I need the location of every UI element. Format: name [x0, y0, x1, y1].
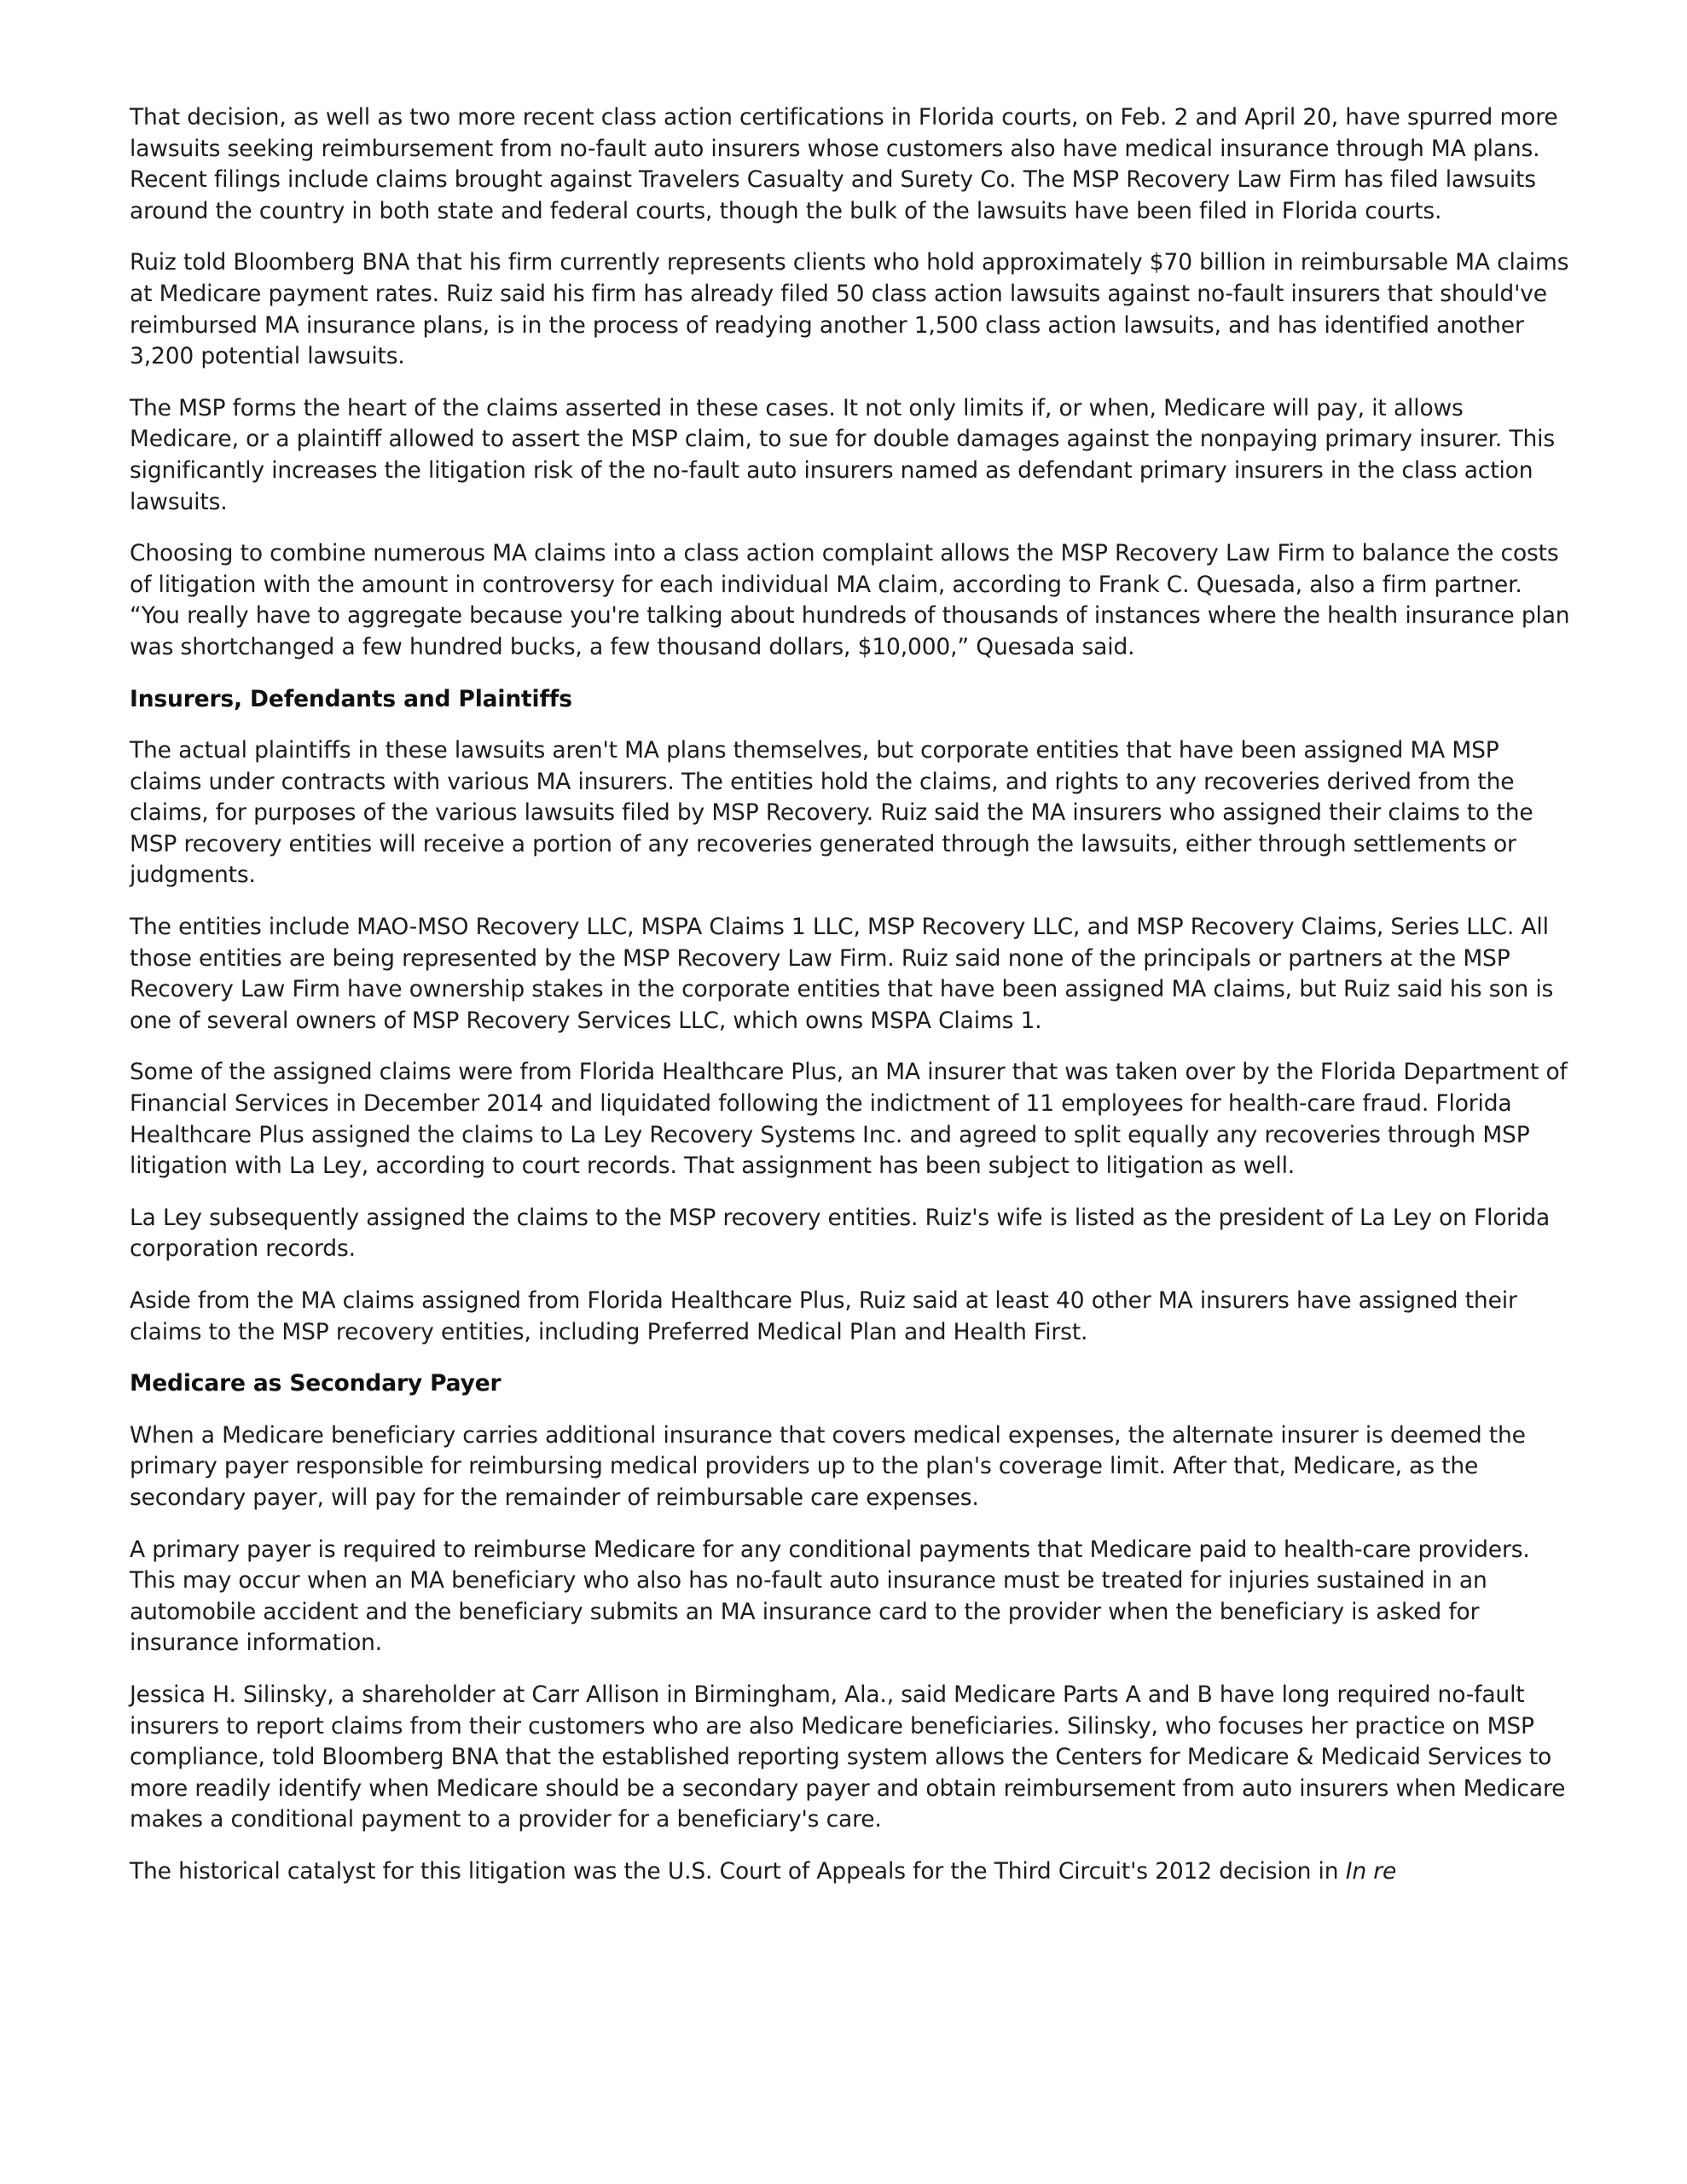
paragraph-entities: The entities include MAO-MSO Recovery LL…: [130, 912, 1571, 1037]
case-name-italic: In re: [1346, 1858, 1396, 1885]
paragraph-florida-healthcare-plus: Some of the assigned claims were from Fl…: [130, 1057, 1571, 1182]
paragraph-msp-heart: The MSP forms the heart of the claims as…: [130, 393, 1571, 518]
paragraph-ruiz-bloomberg: Ruiz told Bloomberg BNA that his firm cu…: [130, 247, 1571, 372]
paragraph-quesada-quote: Choosing to combine numerous MA claims i…: [130, 538, 1571, 663]
paragraph-historical-catalyst: The historical catalyst for this litigat…: [130, 1856, 1571, 1888]
paragraph-primary-payer: A primary payer is required to reimburse…: [130, 1535, 1571, 1659]
paragraph-other-ma-insurers: Aside from the MA claims assigned from F…: [130, 1286, 1571, 1348]
section-heading-medicare-secondary-payer: Medicare as Secondary Payer: [130, 1368, 1571, 1400]
paragraph-silinsky: Jessica H. Silinsky, a shareholder at Ca…: [130, 1680, 1571, 1836]
paragraph-actual-plaintiffs: The actual plaintiffs in these lawsuits …: [130, 735, 1571, 892]
paragraph-medicare-beneficiary: When a Medicare beneficiary carries addi…: [130, 1420, 1571, 1514]
paragraph-historical-catalyst-text: The historical catalyst for this litigat…: [130, 1858, 1346, 1885]
paragraph-class-action-certifications: That decision, as well as two more recen…: [130, 102, 1571, 227]
section-heading-insurers-defendants-plaintiffs: Insurers, Defendants and Plaintiffs: [130, 684, 1571, 716]
document-page: That decision, as well as two more recen…: [130, 102, 1571, 1908]
paragraph-la-ley: La Ley subsequently assigned the claims …: [130, 1203, 1571, 1265]
